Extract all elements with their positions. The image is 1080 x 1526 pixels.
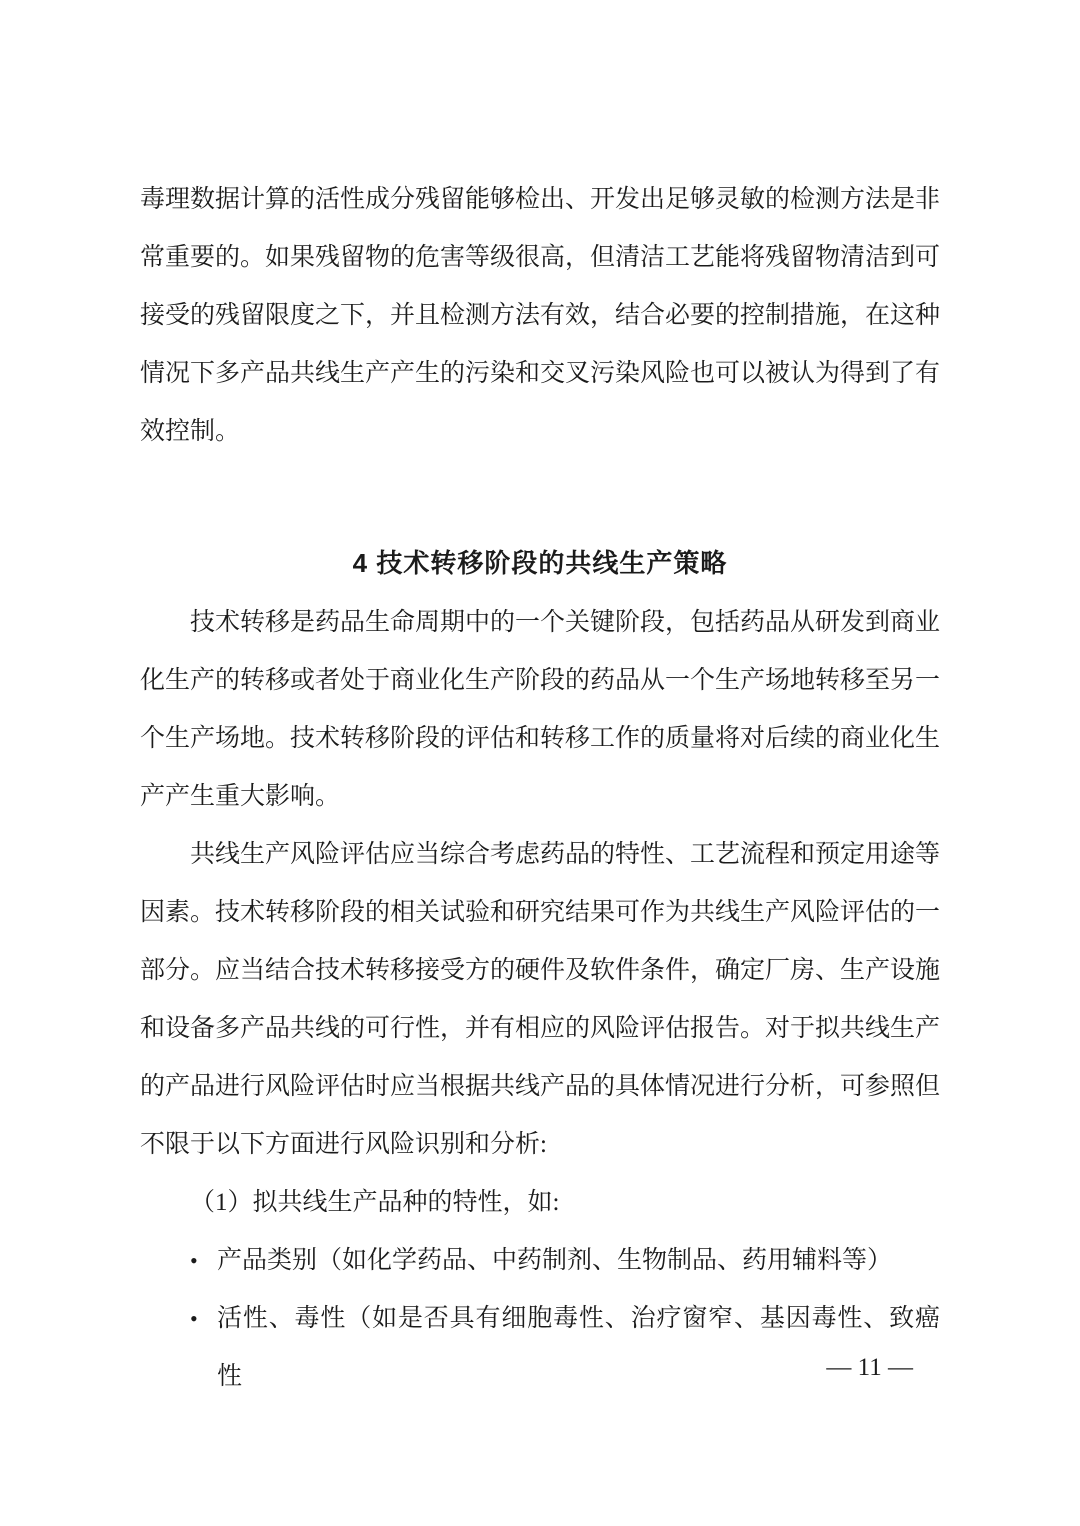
paragraph-residue-control: 毒理数据计算的活性成分残留能够检出、开发出足够灵敏的检测方法是非常重要的。如果残… <box>140 171 940 461</box>
paragraph-risk-assessment: 共线生产风险评估应当综合考虑药品的特性、工艺流程和预定用途等因素。技术转移阶段的… <box>140 826 940 1174</box>
bullet-item-product-category: • 产品类别（如化学药品、中药制剂、生物制品、药用辅料等） <box>140 1232 940 1290</box>
paragraph-tech-transfer-intro: 技术转移是药品生命周期中的一个关键阶段，包括药品从研发到商业化生产的转移或者处于… <box>140 594 940 826</box>
page-number: — 11 — <box>826 1353 913 1383</box>
bullet-text-product-category: 产品类别（如化学药品、中药制剂、生物制品、药用辅料等） <box>217 1232 940 1290</box>
section-heading-tech-transfer: 4 技术转移阶段的共线生产策略 <box>140 542 940 584</box>
bullet-item-activity-toxicity: • 活性、毒性（如是否具有细胞毒性、治疗窗窄、基因毒性、致癌性 <box>140 1290 940 1406</box>
bullet-icon: • <box>190 1290 217 1406</box>
bullet-icon: • <box>190 1232 217 1290</box>
page-content: 毒理数据计算的活性成分残留能够检出、开发出足够灵敏的检测方法是非常重要的。如果残… <box>0 0 1080 1406</box>
bullet-text-activity-toxicity: 活性、毒性（如是否具有细胞毒性、治疗窗窄、基因毒性、致癌性 <box>217 1290 940 1406</box>
list-intro-product-characteristics: （1）拟共线生产品种的特性，如: <box>140 1174 940 1232</box>
document-page: 毒理数据计算的活性成分残留能够检出、开发出足够灵敏的检测方法是非常重要的。如果残… <box>0 0 1080 1526</box>
